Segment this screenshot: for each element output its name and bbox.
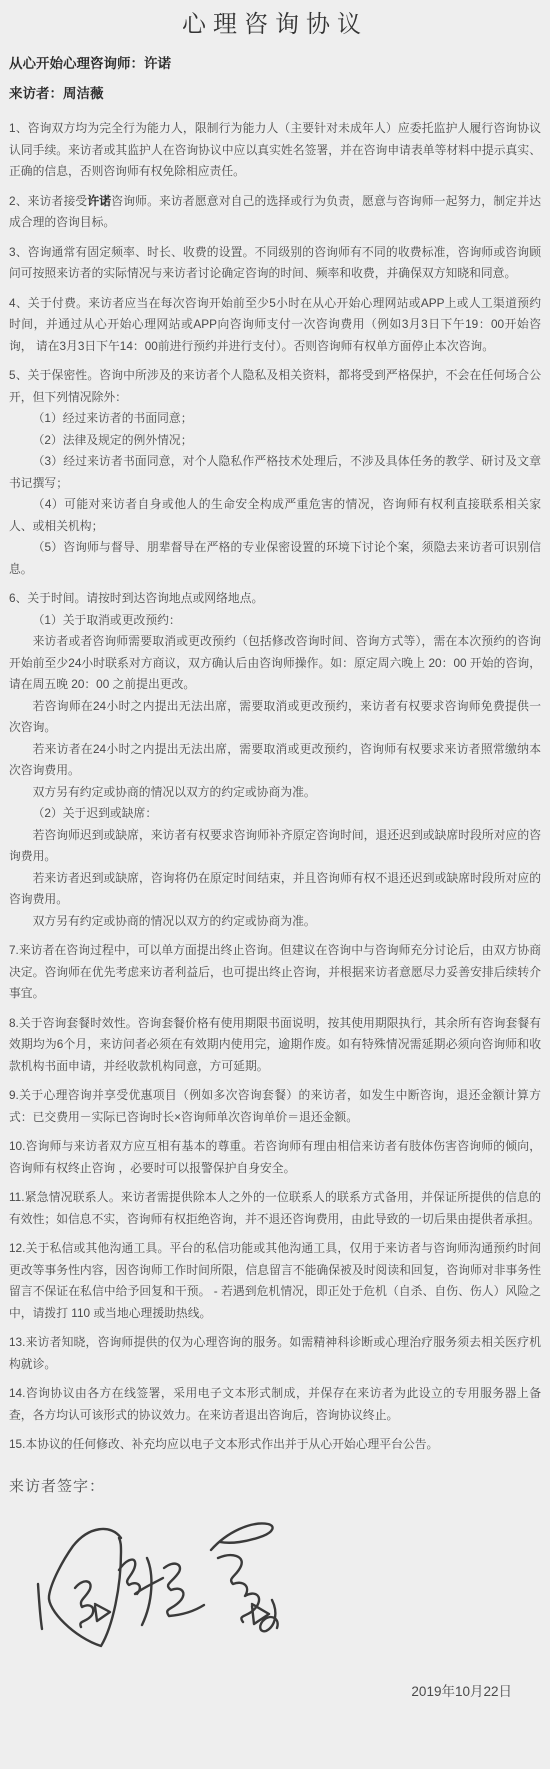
clause-5-item-3: （3）经过来访者书面同意，对个人隐私作严格技术处理后，不涉及具体任务的教学、研讨…: [9, 451, 541, 494]
clause-14: 14.咨询协议由各方在线签署，采用电子文本形式制成，并保存在来访者为此设立的专用…: [9, 1383, 541, 1426]
clause-11-text: 11.紧急情况联系人。来访者需提供除本人之外的一位联系人的联系方式备用，并保证所…: [9, 1187, 541, 1230]
clause-12-text: 12.关于私信或其他沟通工具。平台的私信功能或其他沟通工具，仅用于来访者与咨询师…: [9, 1238, 541, 1324]
clause-10: 10.咨询师与来访者双方应互相有基本的尊重。若咨询师有理由相信来访者有肢体伤害咨…: [9, 1136, 541, 1179]
clause-6-item-5: 双方另有约定或协商的情况以双方的约定或协商为准。: [9, 782, 541, 804]
clause-6-item-3: 若咨询师在24小时之内提出无法出席，需要取消或更改预约，来访者有权要求咨询师免费…: [9, 696, 541, 739]
clause-15-text: 15.本协议的任何修改、补充均应以电子文本形式作出并于从心开始心理平台公告。: [9, 1434, 541, 1456]
client-line: 来访者：周洁薇: [9, 84, 541, 103]
client-signature-label: 来访者签字：: [9, 1476, 541, 1498]
clause-14-text: 14.咨询协议由各方在线签署，采用电子文本形式制成，并保存在来访者为此设立的专用…: [9, 1383, 541, 1426]
clause-3-text: 3、咨询通常有固定频率、时长、收费的设置。不同级别的咨询师有不同的收费标准，咨询…: [9, 242, 541, 285]
clause-6-item-2: 来访者或者咨询师需要取消或更改预约（包括修改咨询时间、咨询方式等），需在本次预约…: [9, 631, 541, 696]
clause-10-text: 10.咨询师与来访者双方应互相有基本的尊重。若咨询师有理由相信来访者有肢体伤害咨…: [9, 1136, 541, 1179]
clause-4: 4、关于付费。来访者应当在每次咨询开始前至少5小时在从心开始心理网站或APP上或…: [9, 293, 541, 358]
clause-8-text: 8.关于咨询套餐时效性。咨询套餐价格有使用期限书面说明，按其使用期限执行，其余所…: [9, 1013, 541, 1078]
clause-6-item-4: 若来访者在24小时之内提出无法出席，需要取消或更改预约，咨询师有权要求来访者照常…: [9, 739, 541, 782]
clause-13: 13.来访者知晓，咨询师提供的仅为心理咨询的服务。如需精神科诊断或心理治疗服务须…: [9, 1332, 541, 1375]
clause-9: 9.关于心理咨询并享受优惠项目（例如多次咨询套餐）的来访者，如发生中断咨询，退还…: [9, 1085, 541, 1128]
clause-5-item-1: （1）经过来访者的书面同意；: [9, 408, 541, 430]
clause-6-item-8: 若来访者迟到或缺席，咨询将仍在原定时间结束，并且咨询师有权不退还迟到或缺席时段所…: [9, 868, 541, 911]
clause-4-text: 4、关于付费。来访者应当在每次咨询开始前至少5小时在从心开始心理网站或APP上或…: [9, 293, 541, 358]
clause-12: 12.关于私信或其他沟通工具。平台的私信功能或其他沟通工具，仅用于来访者与咨询师…: [9, 1238, 541, 1324]
clause-5: 5、关于保密性。咨询中所涉及的来访者个人隐私及相关资料，都将受到严格保护，不会在…: [9, 365, 541, 580]
clause-6-intro: 6、关于时间。请按时到达咨询地点或网络地点。: [9, 588, 541, 610]
clause-6-item-1: （1）关于取消或更改预约：: [9, 610, 541, 632]
clause-2-text: 2、来访者接受许诺咨询师。来访者愿意对自己的选择或行为负责，愿意与咨询师一起努力…: [9, 191, 541, 234]
counselor-name-bold: 许诺: [87, 194, 111, 208]
agreement-document: 心理咨询协议 从心开始心理咨询师：许诺 来访者：周洁薇 1、咨询双方均为完全行为…: [0, 0, 550, 1774]
clause-8: 8.关于咨询套餐时效性。咨询套餐价格有使用期限书面说明，按其使用期限执行，其余所…: [9, 1013, 541, 1078]
clause-6-item-6: （2）关于迟到或缺席：: [9, 803, 541, 825]
clause-2-pre: 2、来访者接受: [9, 194, 87, 208]
document-title: 心理咨询协议: [9, 8, 541, 42]
counselor-name: 许诺: [144, 56, 171, 71]
clause-1: 1、咨询双方均为完全行为能力人，限制行为能力人（主要针对未成年人）应委托监护人履…: [9, 118, 541, 183]
client-label: 来访者：: [9, 86, 63, 101]
clause-2: 2、来访者接受许诺咨询师。来访者愿意对自己的选择或行为负责，愿意与咨询师一起努力…: [9, 191, 541, 234]
clause-3: 3、咨询通常有固定频率、时长、收费的设置。不同级别的咨询师有不同的收费标准，咨询…: [9, 242, 541, 285]
clause-5-item-2: （2）法律及规定的例外情况；: [9, 430, 541, 452]
clause-6-item-7: 若咨询师迟到或缺席，来访者有权要求咨询师补齐原定咨询时间，退还迟到或缺席时段所对…: [9, 825, 541, 868]
clause-6-item-9: 双方另有约定或协商的情况以双方的约定或协商为准。: [9, 911, 541, 933]
clause-6: 6、关于时间。请按时到达咨询地点或网络地点。 （1）关于取消或更改预约： 来访者…: [9, 588, 541, 932]
signature-scribble-icon: [23, 1508, 285, 1656]
clause-11: 11.紧急情况联系人。来访者需提供除本人之外的一位联系人的联系方式备用，并保证所…: [9, 1187, 541, 1230]
clause-7: 7.来访者在咨询过程中，可以单方面提出终止咨询。但建议在咨询中与咨询师充分讨论后…: [9, 940, 541, 1005]
clause-5-item-4: （4）可能对来访者自身或他人的生命安全构成严重危害的情况，咨询师有权利直接联系相…: [9, 494, 541, 537]
client-name: 周洁薇: [63, 86, 104, 101]
clause-15: 15.本协议的任何修改、补充均应以电子文本形式作出并于从心开始心理平台公告。: [9, 1434, 541, 1456]
clause-13-text: 13.来访者知晓，咨询师提供的仅为心理咨询的服务。如需精神科诊断或心理治疗服务须…: [9, 1332, 541, 1375]
signature-date: 2019年10月22日: [9, 1682, 512, 1702]
client-signature: [23, 1508, 285, 1656]
clause-9-text: 9.关于心理咨询并享受优惠项目（例如多次咨询套餐）的来访者，如发生中断咨询，退还…: [9, 1085, 541, 1128]
bottom-white-strip: [0, 1769, 550, 1774]
clause-1-text: 1、咨询双方均为完全行为能力人，限制行为能力人（主要针对未成年人）应委托监护人履…: [9, 118, 541, 183]
clause-7-text: 7.来访者在咨询过程中，可以单方面提出终止咨询。但建议在咨询中与咨询师充分讨论后…: [9, 940, 541, 1005]
counselor-line: 从心开始心理咨询师：许诺: [9, 54, 541, 73]
clause-5-item-5: （5）咨询师与督导、朋辈督导在严格的专业保密设置的环境下讨论个案，须隐去来访者可…: [9, 537, 541, 580]
counselor-label: 从心开始心理咨询师：: [9, 56, 144, 71]
clause-5-intro: 5、关于保密性。咨询中所涉及的来访者个人隐私及相关资料，都将受到严格保护，不会在…: [9, 365, 541, 408]
